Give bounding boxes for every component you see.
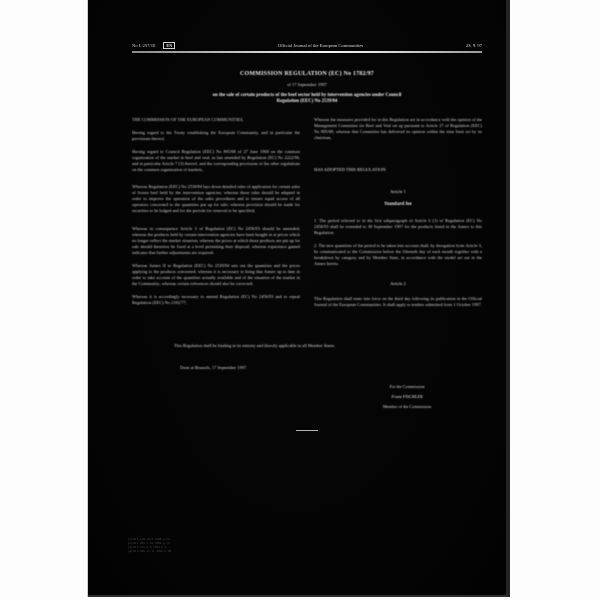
- left-column: THE COMMISSION OF THE EUROPEAN COMMUNITI…: [132, 117, 300, 315]
- regulation-subject-line-1: on the sale of certain products of the b…: [132, 93, 482, 98]
- recital-paragraph: Whereas in consequence Article 3 of Regu…: [132, 226, 300, 256]
- binding-clause: This Regulation shall be binding in its …: [174, 343, 436, 349]
- article-2-heading: Article 2: [314, 281, 482, 287]
- regulation-title-block: COMMISSION REGULATION (EC) No 1782/97 of…: [132, 71, 482, 104]
- signature-title: Member of the Commission: [329, 402, 485, 412]
- place-date-line: Done at Brussels, 17 September 1997.: [180, 365, 482, 370]
- recital-paragraph: Whereas the measures provided for in thi…: [314, 117, 482, 141]
- article-1-heading: Article 1: [314, 189, 482, 195]
- header-date: 23. 9. 97: [466, 43, 482, 49]
- recital-paragraph: Whereas it is accordingly necessary to a…: [132, 294, 300, 306]
- body-columns: THE COMMISSION OF THE EUROPEAN COMMUNITI…: [132, 117, 482, 315]
- regulation-subject-line-2: Regulation (EEC) No 2539/84: [132, 99, 482, 104]
- footnote-line: (4) OJ L 296, 21. 11. 1996, p. 50.: [128, 550, 258, 554]
- separator-dash: [296, 430, 318, 431]
- regulation-title: COMMISSION REGULATION (EC) No 1782/97: [132, 71, 482, 77]
- article-paragraph-1: 1. The period referred to in the first s…: [314, 218, 482, 236]
- page-ref: No L 257/10: [132, 43, 155, 49]
- journal-header: No L 257/10 EN Official Journal of the E…: [132, 42, 482, 49]
- recital-paragraph: Whereas Regulation (EEC) No 2539/84 lays…: [132, 184, 300, 214]
- article-paragraph-2: 2. The new quantities of the period to b…: [314, 243, 482, 267]
- signature-for-line: For the Commission: [329, 382, 485, 392]
- adoption-clause: HAS ADOPTED THIS REGULATION:: [314, 167, 482, 173]
- journal-title: Official Journal of the European Communi…: [175, 43, 466, 49]
- signature-block: For the Commission Franz FISCHLER Member…: [329, 382, 485, 412]
- language-badge: EN: [163, 42, 175, 49]
- signature-name: Franz FISCHLER: [329, 392, 485, 402]
- recital-paragraph: Having regard to Council Regulation (EEC…: [132, 149, 300, 173]
- commission-opening-line: THE COMMISSION OF THE EUROPEAN COMMUNITI…: [132, 117, 300, 123]
- right-column: Whereas the measures provided for in thi…: [314, 117, 482, 315]
- recital-paragraph: Having regard to the Treaty establishing…: [132, 130, 300, 142]
- recital-paragraph: Whereas Annex II to Regulation (EEC) No …: [132, 263, 300, 287]
- entry-into-force-paragraph: This Regulation shall enter into force o…: [314, 296, 482, 308]
- document-page: No L 257/10 EN Official Journal of the E…: [88, 0, 510, 597]
- footnotes: (1) OJ L 148, 28. 6. 1968, p. 24. (2) OJ…: [128, 538, 258, 554]
- article-1-subheading: Standard fee: [314, 202, 482, 208]
- header-rule: [132, 51, 482, 53]
- page-content: No L 257/10 EN Official Journal of the E…: [132, 0, 482, 431]
- regulation-date-line: of 17 September 1997: [132, 82, 482, 87]
